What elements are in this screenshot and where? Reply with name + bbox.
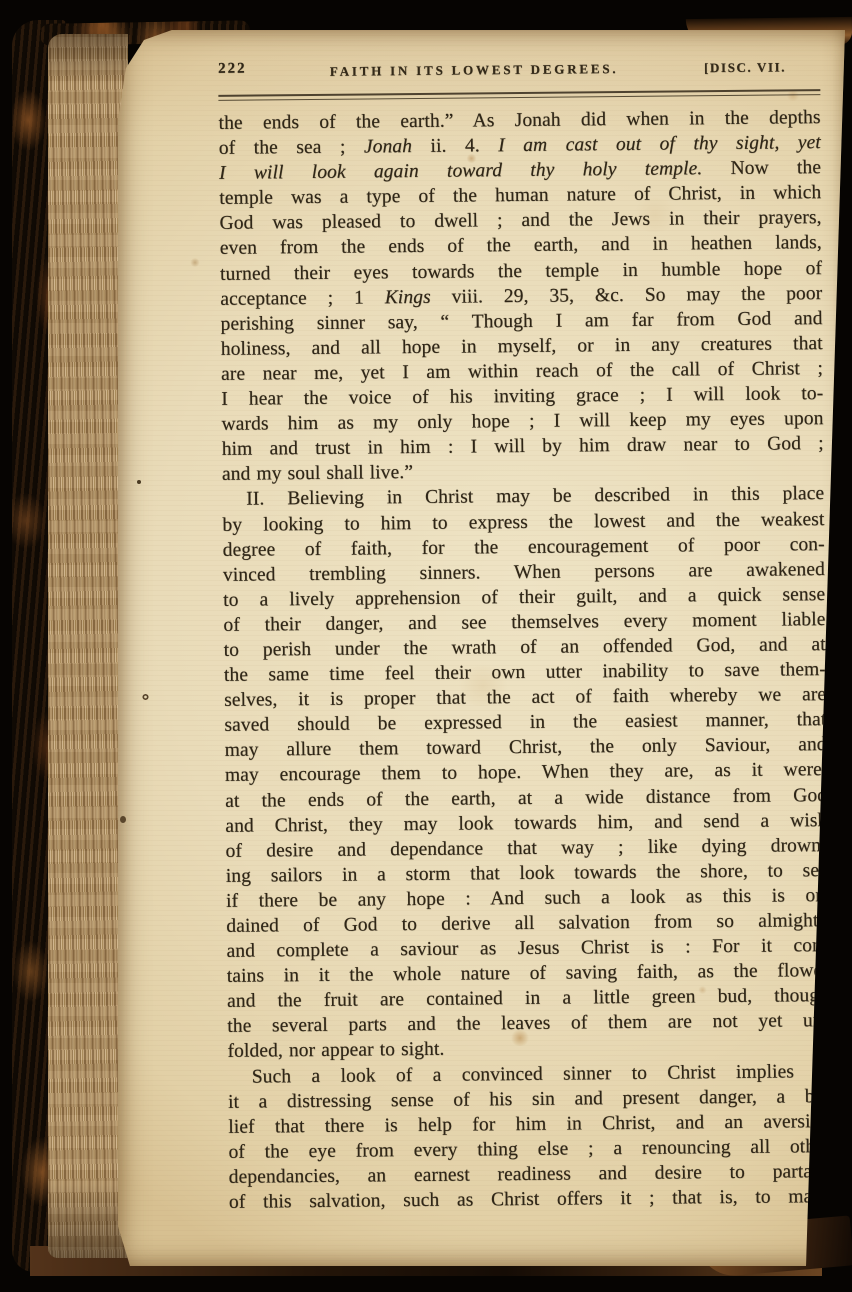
scripture-reference: Kings (385, 287, 431, 308)
text-line: of this salvation, such as Christ offers… (229, 1184, 831, 1215)
book-photograph: 222 FAITH IN ITS LOWEST DEGREES. [DISC. … (0, 0, 852, 1292)
page-stack-fore-edge (48, 34, 128, 1258)
text-run: of the sea ; (219, 137, 364, 159)
running-title: FAITH IN ITS LOWEST DEGREES. (218, 60, 730, 81)
text-run: viii. 29, 35, &c. So may the poor (431, 283, 823, 308)
ink-speck (137, 480, 141, 484)
ink-speck (120, 816, 126, 823)
discourse-label: [DISC. VII. (704, 59, 786, 76)
text-run: Now the (702, 157, 821, 179)
text-run: ii. 4. (412, 135, 498, 157)
scripture-quote: I am cast out of thy sight, yet (498, 132, 821, 156)
ink-speck (142, 694, 149, 700)
foxing-spot (190, 258, 200, 267)
body-text: the ends of the earth.” As Jonah did whe… (219, 105, 832, 1215)
book-page: 222 FAITH IN ITS LOWEST DEGREES. [DISC. … (118, 30, 845, 1266)
scripture-quote: I will look again toward thy holy temple… (219, 158, 702, 184)
scripture-reference: Jonah (364, 136, 412, 157)
text-run: acceptance ; 1 (220, 287, 385, 310)
page-header: 222 FAITH IN ITS LOWEST DEGREES. [DISC. … (218, 53, 820, 93)
printed-text-block: 222 FAITH IN ITS LOWEST DEGREES. [DISC. … (218, 53, 831, 1215)
